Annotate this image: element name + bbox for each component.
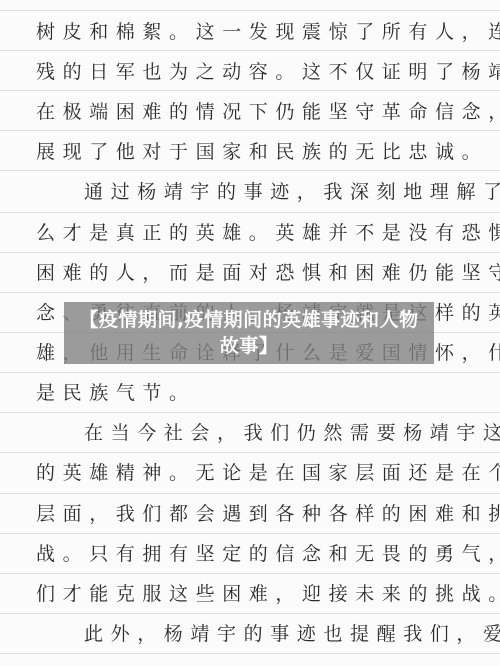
text-line: 是民族气节。 (36, 373, 466, 413)
text-line: 们才能克服这些困难，迎接未来的挑战。 (36, 574, 466, 614)
ruled-line (0, 10, 500, 11)
overlay-title: 【疫情期间,疫情期间的英雄事迹和人物故事】 (74, 307, 424, 359)
text-line: 么才是真正的英雄。英雄并不是没有恐惧和 (36, 213, 466, 253)
text-line: 战。只有拥有坚定的信念和无畏的勇气，我 (36, 534, 466, 574)
title-overlay-banner: 【疫情期间,疫情期间的英雄事迹和人物故事】 (64, 302, 434, 364)
text-line: 层面，我们都会遇到各种各样的困难和挑 (36, 494, 466, 534)
text-line-paragraph-start: 通过杨靖宇的事迹，我深刻地理解了什 (84, 172, 500, 212)
text-line-paragraph-start: 在当今社会，我们仍然需要杨靖宇这样 (84, 413, 500, 453)
text-line: 展现了他对于国家和民族的无比忠诚。 (36, 132, 466, 172)
text-line-paragraph-start: 此外，杨靖宇的事迹也提醒我们，爱国 (84, 614, 500, 654)
text-line: 残的日军也为之动容。这不仅证明了杨靖宇 (36, 52, 466, 92)
ruled-paper-page: 树皮和棉絮。这一发现震惊了所有人，连凶 残的日军也为之动容。这不仅证明了杨靖宇 … (0, 0, 500, 666)
text-line: 树皮和棉絮。这一发现震惊了所有人，连凶 (36, 12, 466, 52)
text-line: 困难的人，而是面对恐惧和困难仍能坚守信 (36, 253, 466, 293)
text-line: 在极端困难的情况下仍能坚守革命信念，也 (36, 92, 466, 132)
text-line: 的英雄精神。无论是在国家层面还是在个人 (36, 453, 466, 493)
